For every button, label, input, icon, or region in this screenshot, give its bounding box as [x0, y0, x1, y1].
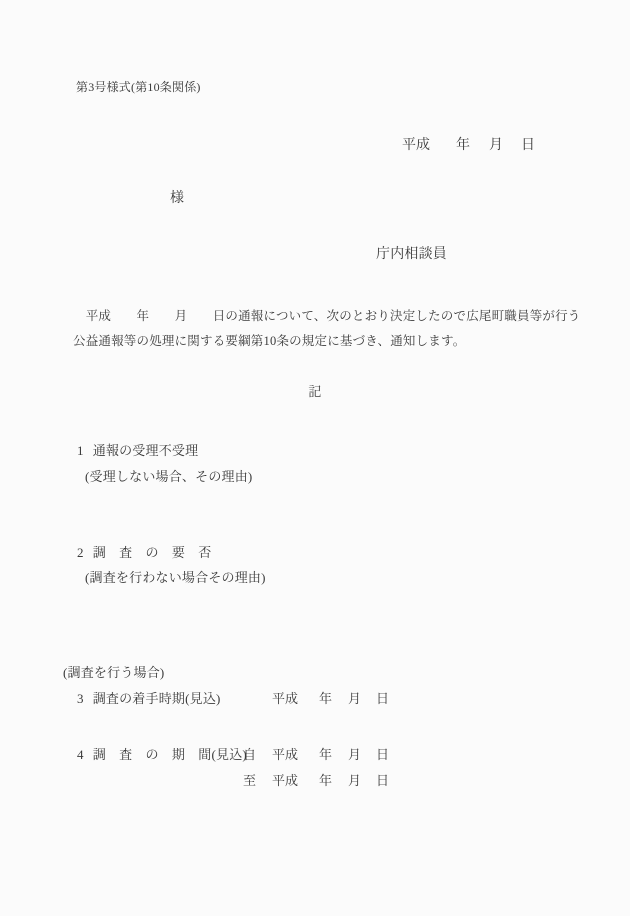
item-1-note: (受理しない場合、その理由)	[85, 470, 252, 485]
item-4-to-date-line: 至 平成 年 月 日	[0, 774, 630, 794]
day-label: 日	[376, 692, 389, 707]
year-label: 年	[456, 138, 470, 154]
body-paragraph-line-2: 公益通報等の処理に関する要綱第10条の規定に基づき、通知します。	[73, 334, 465, 348]
item-2-note: (調査を行わない場合その理由)	[85, 571, 266, 586]
era-label: 平成	[402, 138, 430, 154]
to-label: 至	[243, 774, 256, 789]
form-number-heading: 第3号様式(第10条関係)	[76, 81, 201, 95]
item-2-heading: 2 調 査 の 要 否	[77, 546, 212, 561]
day-label: 日	[521, 138, 535, 154]
issue-date-line: 平成 年 月 日	[0, 138, 630, 158]
sender-title: 庁内相談員	[376, 247, 447, 263]
addressee-honorific: 様	[170, 191, 184, 207]
item-1-title: 通報の受理不受理	[93, 444, 199, 459]
item-4-from-date-line: 自 平成 年 月 日	[0, 748, 630, 768]
body-paragraph-line-1: 平成 年 月 日の通報について、次のとおり決定したので広尾町職員等が行う	[73, 309, 581, 323]
month-label: 月	[489, 138, 503, 154]
item-2-number: 2	[77, 546, 84, 561]
era-label: 平成	[272, 692, 298, 707]
era-label: 平成	[272, 774, 298, 789]
document-page: 第3号様式(第10条関係) 平成 年 月 日 様 庁内相談員 平成 年 月 日の…	[0, 0, 630, 916]
year-label: 年	[319, 774, 332, 789]
month-label: 月	[348, 774, 361, 789]
item-3-date-line: 平成 年 月 日	[0, 692, 630, 712]
from-label: 自	[243, 748, 256, 763]
item-1-heading: 1 通報の受理不受理	[77, 444, 198, 459]
month-label: 月	[348, 748, 361, 763]
year-label: 年	[319, 748, 332, 763]
item-2-title: 調 査 の 要 否	[93, 546, 212, 561]
day-label: 日	[376, 748, 389, 763]
day-label: 日	[376, 774, 389, 789]
year-label: 年	[319, 692, 332, 707]
conditional-section-label: (調査を行う場合)	[63, 666, 164, 681]
record-marker: 記	[0, 385, 630, 400]
month-label: 月	[348, 692, 361, 707]
era-label: 平成	[272, 748, 298, 763]
item-1-number: 1	[77, 444, 84, 459]
